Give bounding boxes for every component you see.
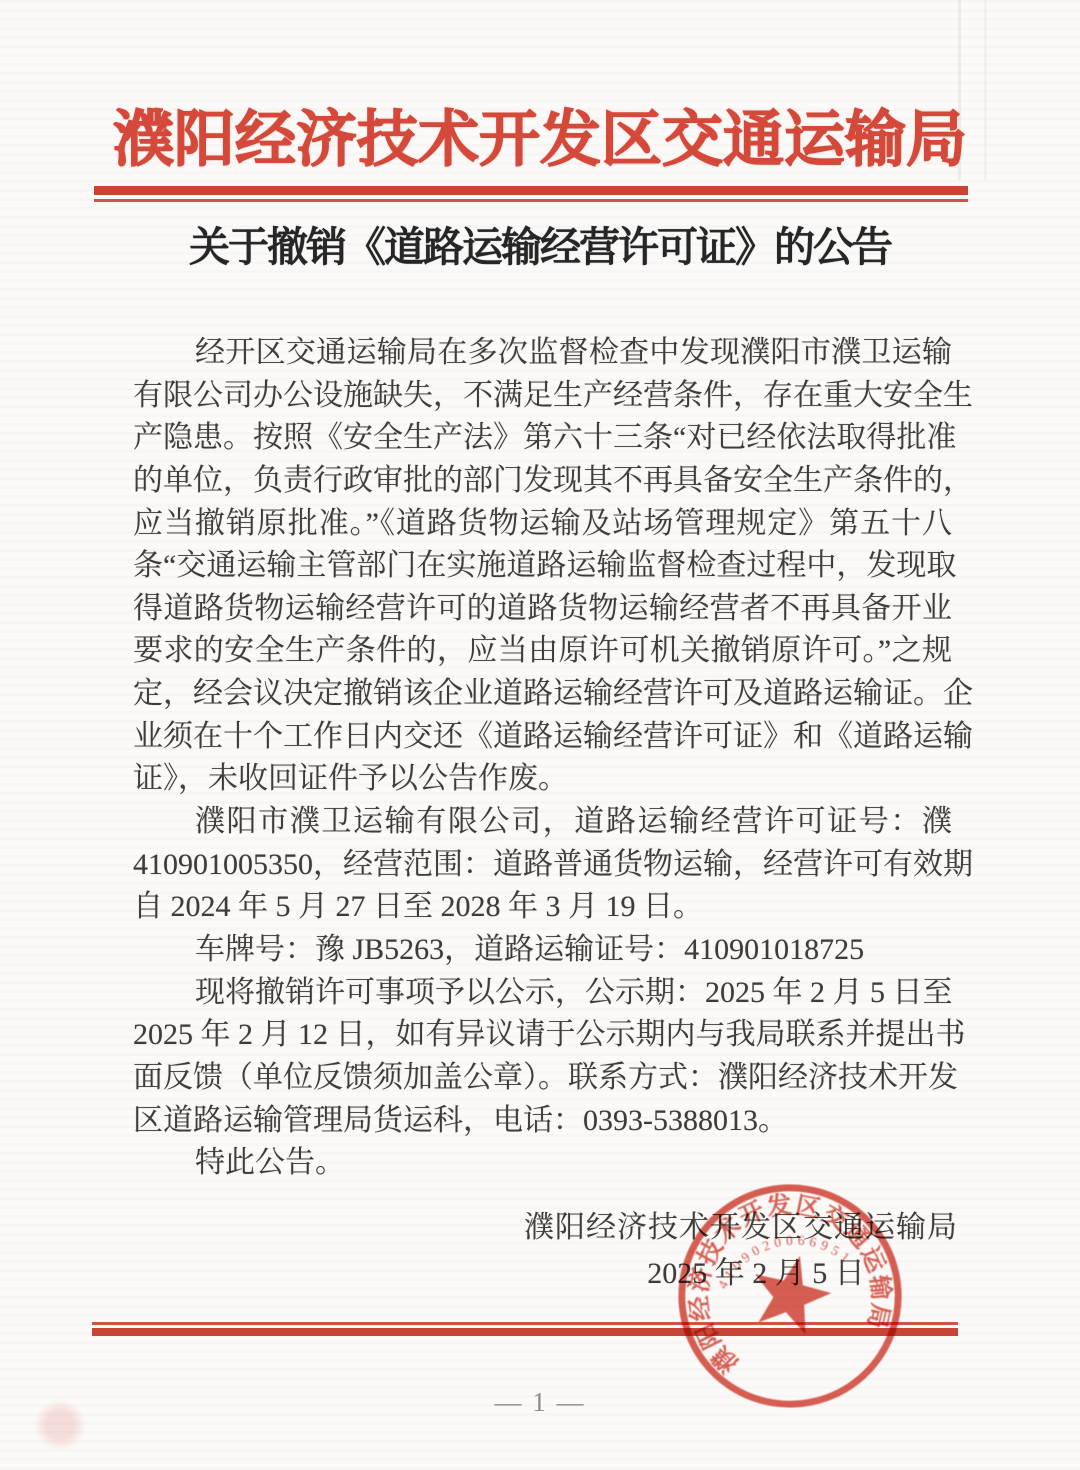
header-rule-thick: [94, 186, 968, 195]
header-rule-thin: [94, 199, 968, 202]
body-line: 要求的安全生产条件的，应当由原许可机关撤销原许可。”之规: [133, 630, 952, 673]
body-line: 有限公司办公设施缺失，不满足生产经营条件，存在重大安全生: [133, 375, 952, 418]
body-line: 面反馈（单位反馈须加盖公章）。联系方式：濮阳经济技术开发: [133, 1057, 952, 1100]
body-line: 经开区交通运输局在多次监督检查中发现濮阳市濮卫运输: [133, 332, 952, 375]
body-line: 现将撤销许可事项予以公示，公示期：2025 年 2 月 5 日至: [133, 972, 952, 1015]
announcement-body: 经开区交通运输局在多次监督检查中发现濮阳市濮卫运输 有限公司办公设施缺失，不满足…: [133, 332, 952, 1185]
body-line: 区道路运输管理局货运科，电话：0393-5388013。: [133, 1100, 952, 1143]
body-line: 2025 年 2 月 12 日，如有异议请于公示期内与我局联系并提出书: [133, 1014, 952, 1057]
official-seal: 濮阳经济技术开发区交通运输局 4109020066951: [672, 1178, 908, 1414]
body-line: 自 2024 年 5 月 27 日至 2028 年 3 月 19 日。: [133, 886, 952, 929]
page-number: — 1 —: [0, 1385, 1080, 1419]
body-line: 得道路货物运输经营许可的道路货物运输经营者不再具备开业: [133, 588, 952, 631]
document-page: 濮阳经济技术开发区交通运输局 关于撤销《道路运输经营许可证》的公告 经开区交通运…: [0, 0, 1080, 1470]
body-line: 产隐患。按照《安全生产法》第六十三条“对已经依法取得批准: [133, 417, 952, 460]
seal-star-icon: [749, 1251, 835, 1336]
body-line: 条“交通运输主管部门在实施道路运输监督检查过程中，发现取: [133, 545, 952, 588]
body-line: 业须在十个工作日内交还《道路运输经营许可证》和《道路运输: [133, 716, 952, 759]
letterhead-title: 濮阳经济技术开发区交通运输局: [0, 100, 1080, 182]
body-line: 濮阳市濮卫运输有限公司，道路运输经营许可证号：濮: [133, 801, 952, 844]
announcement-title: 关于撤销《道路运输经营许可证》的公告: [0, 218, 1080, 276]
body-line: 的单位，负责行政审批的部门发现其不再具备安全生产条件的，: [133, 460, 952, 503]
body-line: 证》，未收回证件予以公告作废。: [133, 758, 952, 801]
body-line: 410901005350，经营范围：道路普通货物运输，经营许可有效期: [133, 844, 952, 887]
body-line: 车牌号：豫 JB5263，道路运输证号：410901018725: [133, 929, 952, 972]
body-line: 定，经会议决定撤销该企业道路运输经营许可及道路运输证。企: [133, 673, 952, 716]
body-line: 应当撤销原批准。”《道路货物运输及站场管理规定》第五十八: [133, 503, 952, 546]
